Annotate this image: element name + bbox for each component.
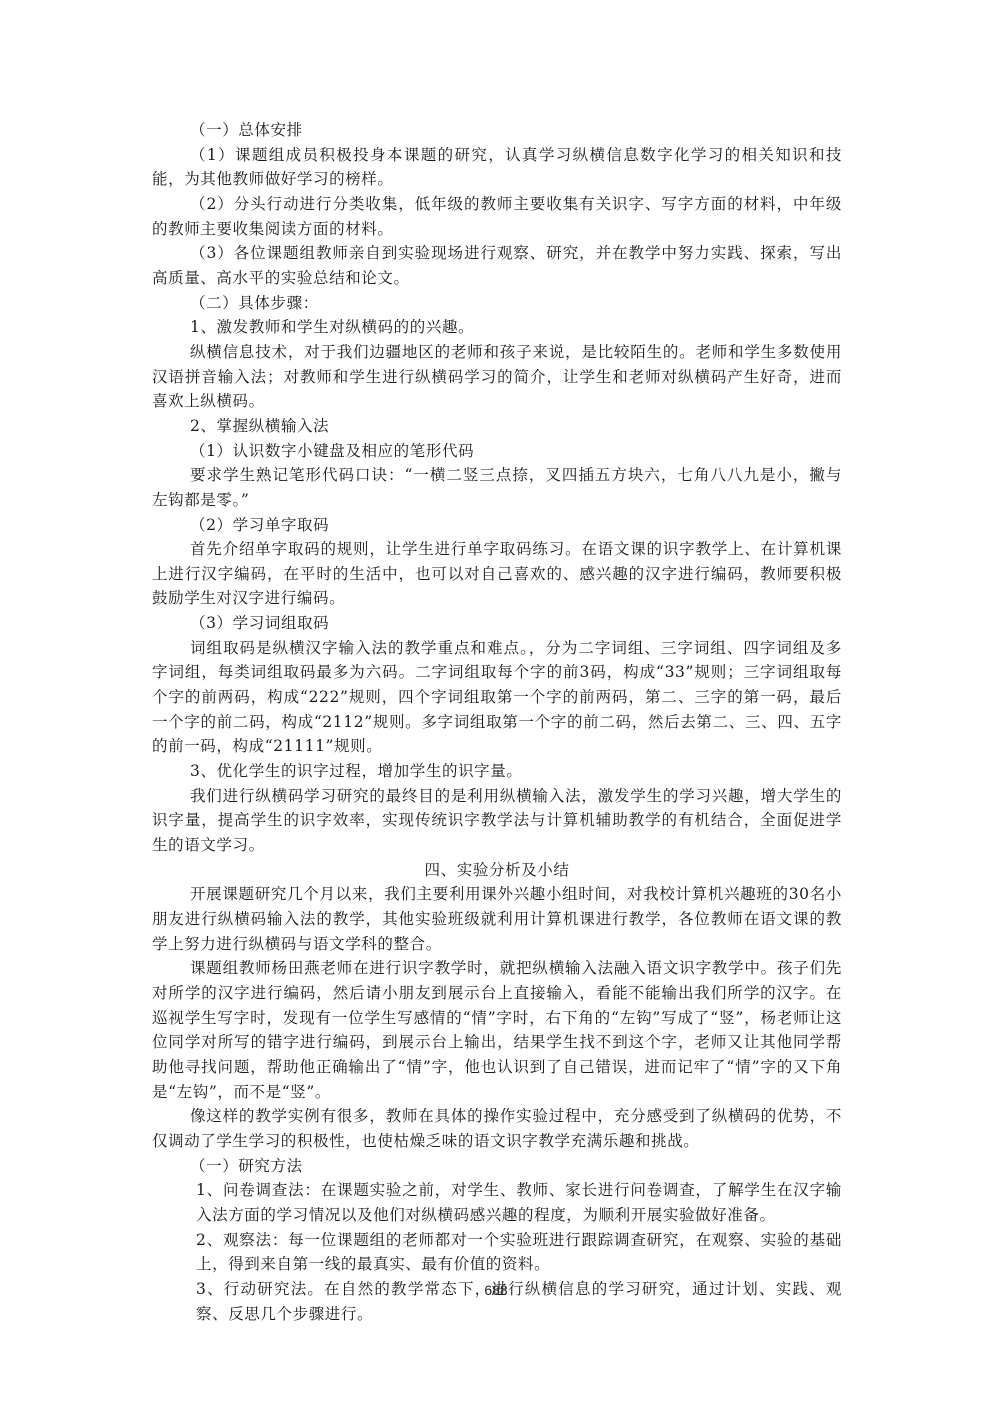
paragraph: 纵横信息技术，对于我们边疆地区的老师和孩子来说，是比较陌生的。老师和学生多数使用… bbox=[152, 340, 842, 414]
paragraph: 像这样的教学实例有很多，教师在具体的操作实验过程中，充分感受到了纵横码的优势，不… bbox=[152, 1104, 842, 1153]
page-number: 688 bbox=[0, 1282, 992, 1298]
paragraph: 词组取码是纵横汉字输入法的教学重点和难点。，分为二字词组、三字词组、四字词组及多… bbox=[152, 636, 842, 759]
paragraph: 开展课题研究几个月以来，我们主要利用课外兴趣小组时间，对我校计算机兴趣班的30名… bbox=[152, 882, 842, 956]
paragraph: 要求学生熟记笔形代码口诀：“一横二竖三点捺，叉四插五方块六，七角八八九是小，撇与… bbox=[152, 463, 842, 512]
paragraph: （1）课题组成员积极投身本课题的研究，认真学习纵横信息数字化学习的相关知识和技能… bbox=[152, 143, 842, 192]
subheading-research-methods: （一）研究方法 bbox=[152, 1154, 842, 1179]
subheading-overall-arrangement: （一）总体安排 bbox=[152, 118, 842, 143]
paragraph: 我们进行纵横码学习研究的最终目的是利用纵横输入法，激发学生的学习兴趣，增大学生的… bbox=[152, 784, 842, 858]
paragraph: （2）分头行动进行分类收集，低年级的教师主要收集有关识字、写字方面的材料，中年级… bbox=[152, 192, 842, 241]
method-item: 1、问卷调查法：在课题实验之前，对学生、教师、家长进行问卷调查，了解学生在汉字输… bbox=[152, 1178, 842, 1227]
step-heading: 1、激发教师和学生对纵横码的的兴趣。 bbox=[152, 315, 842, 340]
subheading-specific-steps: （二）具体步骤： bbox=[152, 291, 842, 316]
sub-step-heading: （1）认识数字小键盘及相应的笔形代码 bbox=[152, 439, 842, 464]
step-heading: 3、优化学生的识字过程，增加学生的识字量。 bbox=[152, 759, 842, 784]
sub-step-heading: （3）学习词组取码 bbox=[152, 611, 842, 636]
paragraph: 首先介绍单字取码的规则，让学生进行单字取码练习。在语文课的识字教学上、在计算机课… bbox=[152, 537, 842, 611]
section-heading: 四、实验分析及小结 bbox=[152, 858, 842, 883]
sub-step-heading: （2）学习单字取码 bbox=[152, 513, 842, 538]
document-page: （一）总体安排 （1）课题组成员积极投身本课题的研究，认真学习纵横信息数字化学习… bbox=[152, 118, 842, 1326]
paragraph: 课题组教师杨田燕老师在进行识字教学时，就把纵横输入法融入语文识字教学中。孩子们先… bbox=[152, 956, 842, 1104]
method-item: 2、观察法：每一位课题组的老师都对一个实验班进行跟踪调查研究，在观察、实验的基础… bbox=[152, 1228, 842, 1277]
paragraph: （3）各位课题组教师亲自到实验现场进行观察、研究，并在教学中努力实践、探索，写出… bbox=[152, 241, 842, 290]
step-heading: 2、掌握纵横输入法 bbox=[152, 414, 842, 439]
